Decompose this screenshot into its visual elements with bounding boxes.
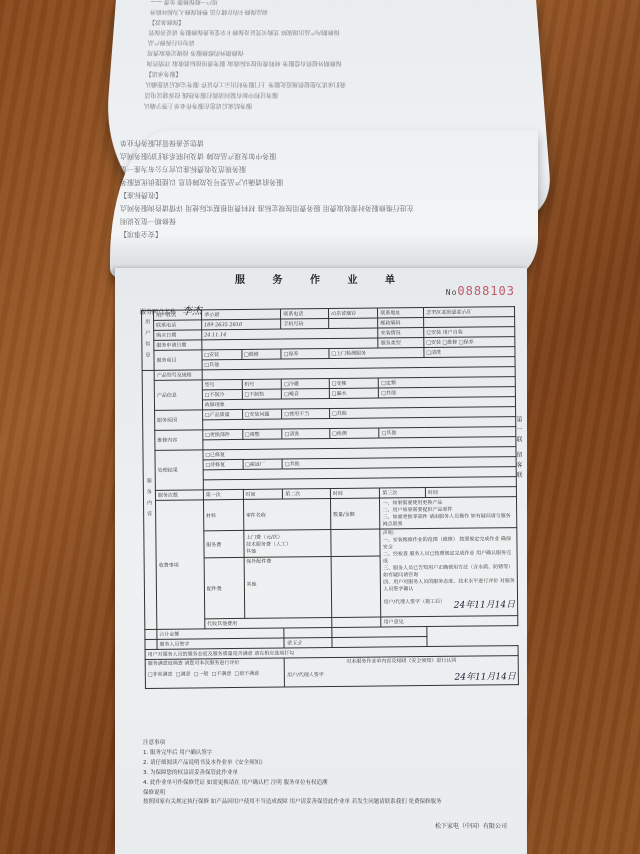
back-line: 【保修条款】 [149,17,519,27]
checkbox-option[interactable]: □清洗 [282,429,330,439]
visit-option: 时间 [330,488,380,499]
serial-value: 0888103 [457,284,515,298]
survey-note: 请您对本次服务进行评价 [184,660,239,667]
notes-item: 1. 服务完毕后 用户确认签字 [143,748,513,758]
field-label: 用户姓名 [154,310,202,320]
back-line: 保修期外的维修服务 按规定收取费用 [147,47,521,57]
technician-signature: 张玉全 [284,638,332,648]
back-line: 保修期外提供有偿服务 材料费用按实际收取 服务费用按标准收取 详情咨询 [146,58,521,68]
visit-option: 第一次 [203,489,243,499]
visit-option: 第三次 [380,488,426,498]
checkbox-option[interactable]: □噪音 [282,389,330,399]
notes-title: 注意事项 [143,738,513,748]
warranty-text: 按照国家有关规定执行保修 如产品因用户使用不当造成故障 用户请妥善保管此作业单 … [143,798,513,807]
labor-items: 上门费（元/次） 技术服务费（人工） 其他 [243,530,331,558]
footer-notes: 注意事项 1. 服务完毕后 用户确认签字 2. 请仔细阅读产品说明书及本作业单《… [143,738,513,807]
checkbox-option[interactable]: □不制冷 [202,389,242,399]
notice-box: 一、如果需要使用更换产品 二、用户如果需要提供产品原件 三、如需更换零部件 请由… [380,497,517,529]
field-label: 服务申请日期 [154,340,202,350]
checkbox-option[interactable]: □维修 [241,349,281,359]
checkbox-option[interactable]: □不制热 [242,389,282,399]
survey-option[interactable]: □很不满意 [234,671,259,677]
field-label: 产品型号及规格 [154,370,202,380]
parts-label: 配件费 [204,557,244,618]
service-work-order-sheet: 服 务 作 业 单 No0888103 服务网点名称李杰 第一联 留客联 用户信… [115,268,527,854]
back-line: 【安全事项】 [120,227,520,240]
terms-item: 三、服务人员已告知用户正确使用方法（含水质、防锈等） 如有疑问请咨询 [383,563,515,578]
survey-option[interactable]: □不满意 [212,671,232,677]
labor-item: 其他 [246,547,328,555]
notes-item: 4. 此作业单可作保修凭证 如需更换请在 用户确认栏 注明 服务单位有权追溯 [143,778,513,788]
fees-label: 收费事项 [155,500,204,629]
back-line: 服务中如发现产品故障 请及时联系我们的服务网点 [120,149,520,162]
signature-date: 24年11月14日 [454,597,515,611]
product-info-option: 型号 [202,379,242,389]
field-label: 联系电话 [154,320,202,330]
back-line: 服务规范及收费标准以官方公布为准一览 [120,162,520,175]
checkbox-option[interactable]: □使用不当 [282,409,330,419]
back-line: 【服务承诺】 [146,68,523,79]
terms-item: 四、用户对服务人员的服务态度、技术水平进行评价 对服务人员签字确认 [383,577,515,592]
back-line: 服务结束后请您在服务作业单上签字确认 [143,100,524,111]
field-label: 联系地址 [378,308,424,318]
satisfaction-survey: 服务满意度调查 请您对本次服务进行评价 □非常满意 □满意 □一般 □不满意 □… [145,658,285,688]
company-name: 松下家电（中国）有限公司 [435,821,507,830]
back-line: 服务过程中如有疑问请拨打服务热线 投诉建议电话 [144,89,524,100]
field-label: 服务项目 [154,350,202,370]
parts-item: 保外配件费 [246,557,328,565]
field-label: 维修内容 [155,430,203,450]
visit-option: 时间 [243,489,283,499]
checkbox-option[interactable]: □安装问题 [242,409,282,419]
survey-option[interactable]: □非常满意 [148,672,173,678]
field-label: 产品信息 [154,380,202,410]
material-label: 材料 [203,499,243,530]
parts-items: 保外配件费 其他 [244,557,332,619]
checkbox-option[interactable]: □待修复 [203,459,243,469]
feedback-label: 用户意见 [381,616,518,627]
back-line: 我们承诺为您提供规范化服务 上门服务时出示工作证件 服务完成后请您确认 [145,79,523,90]
back-line: 【收费标准】 [120,188,520,201]
back-line: 保修期一览及说明 [120,214,520,227]
warranty-title: 保修说明 [143,788,513,798]
customer-confirmation: 对本服务作业单内容及知晓《安全须知》进行认同 用户/代理人签字 24年11月14… [284,656,518,687]
field-label: 处理结果 [155,450,203,490]
back-page-text-lower: 请您妥善保管此服务作业单 服务中如发现产品故障 请及时联系我们的服务网点 服务规… [120,136,520,240]
survey-option[interactable]: □满意 [176,672,191,678]
checkbox-option[interactable]: □调整 [242,429,282,439]
checkbox-option[interactable]: □更换部件 [203,429,243,439]
parts-item: 其他 [246,580,328,588]
signature-line: 用户/代理人签字（施工后） 24年11月14日 [383,597,515,605]
notes-item: 2. 请仔细阅读产品说明书及本作业单《安全须知》 [143,758,513,768]
signature-label: 用户/代理人签字（施工后） [383,599,445,606]
product-info-option: 机号 [242,379,282,389]
serial-number: No0888103 [446,284,515,298]
terms-box: 声明： 一、安装维修作业的范围（维修） 按照规定完成作业 确保安全 二、经检查 … [380,528,518,617]
checkbox-option[interactable]: □保养 [281,349,329,359]
terms-item: 二、经检查 服务人员已按照规定完成作业 用户确认服务完成 [383,549,515,564]
labor-label: 服务费 [204,530,244,557]
checkbox-option[interactable]: □安装 [202,349,242,359]
checkbox-option[interactable]: □产品质量 [202,409,242,419]
checkbox-option[interactable]: □变频 [329,378,379,389]
back-line: 商品保修卡的存储方法 整机保修人为损坏除外 [150,7,518,17]
field-label: 服务次数 [155,490,203,500]
field-label: 联系电话 [281,309,329,319]
work-order-table: 用户信息 用户姓名 李小姐 联系电话 山东省烟台 联系地址 芝罘区某街道某小区 … [141,306,519,689]
visit-option: 第二次 [283,489,331,499]
back-page-text: 用户一般保修期 免费 —— 商品保修卡的存储方法 整机保修人为损坏除外 【保修条… [143,0,524,111]
checkbox-option[interactable]: □检测 [330,428,380,439]
field-label: 服务类型 [378,338,424,348]
survey-option[interactable]: □一般 [194,671,209,677]
quantity-label: 数量/金额 [330,498,380,530]
serial-prefix: No [446,288,458,297]
field-label: 服务原因 [155,410,203,430]
mobile-value [328,318,378,329]
survey-question: 服务满意度调查 [148,661,183,667]
field-label: 手机号码 [281,319,329,329]
customer-sign-label: 用户/代理人签字 [287,672,324,678]
notes-item: 3. 为保障您的权益请妥善保管此作业单 [143,768,513,778]
back-line: 保修期内产品出现故障 凭购买凭证及保修卡享受免费保修服务 请妥善保管 [148,27,519,37]
back-line: 请勿自行拆修产品 [148,37,521,47]
field-label: 购买日期 [154,330,202,340]
back-line: 请您妥善保管此服务作业单 [120,136,520,149]
material-sub: 零件名称 [243,499,331,531]
customer-region: 山东省烟台 [328,308,378,319]
customer-sign-date: 24年11月14日 [454,669,515,683]
back-line: 服务前请确认产品型号及故障信息 以便提供优质服务 [120,175,520,188]
checkbox-option[interactable]: □漏水 [329,388,379,399]
notice-item: 三、如需更换零部件 请由服务人员操作 如有疑问请与服务网点联系 [383,512,515,527]
confirm-text: 对本服务作业单内容及知晓《安全须知》进行认同 [287,656,516,665]
checkbox-option[interactable]: □冷暖 [282,379,330,389]
back-line: 在进行维修服务时需收取费用 服务费用按规定标准 材料费用根据实际使用 详情请咨询… [120,201,520,214]
field-label: 邮政编码 [378,318,424,328]
checkbox-option[interactable]: □需返厂 [243,459,283,469]
field-label: 安装情况 [378,328,424,338]
terms-item: 一、安装维修作业的范围（维修） 按照规定完成作业 确保安全 [383,535,515,550]
section-user-info: 用户信息 [142,310,155,370]
curled-back-page-lower: 请您妥善保管此服务作业单 服务中如发现产品故障 请及时联系我们的服务网点 服务规… [110,130,538,278]
